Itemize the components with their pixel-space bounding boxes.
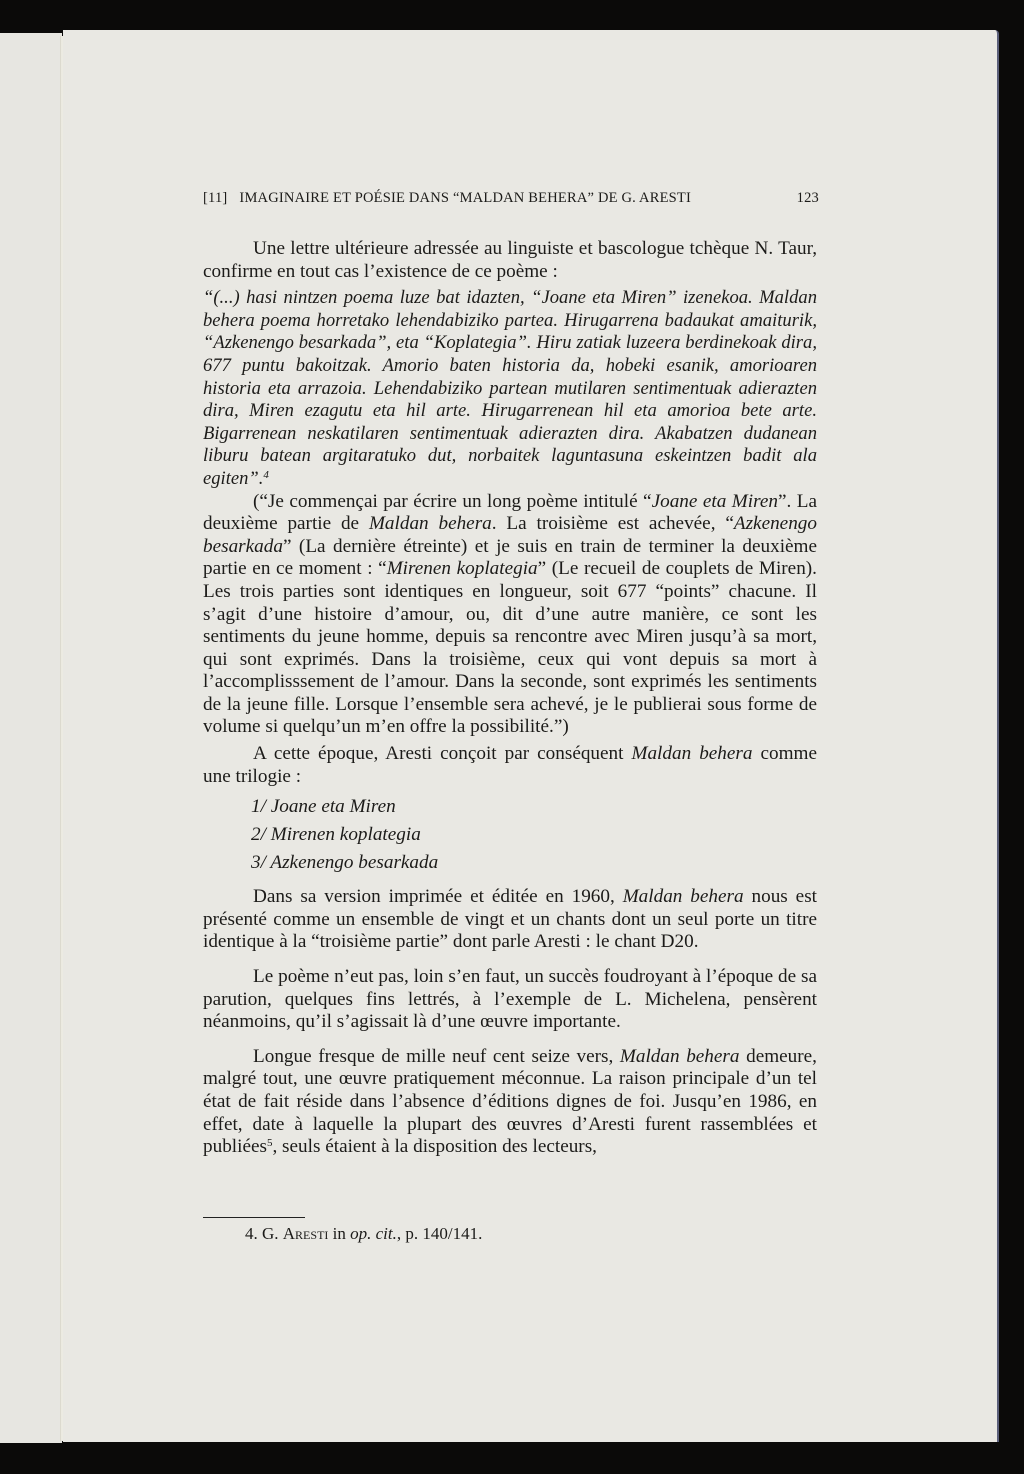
- spacer: [203, 1034, 817, 1046]
- spacer: [203, 954, 817, 966]
- text-run: ” (Le recueil de couplets de Miren). Les…: [203, 558, 817, 737]
- running-title: IMAGINAIRE ET POÉSIE DANS “MALDAN BEHERA…: [239, 190, 796, 207]
- paragraph-fresco: Longue fresque de mille neuf cent seize …: [203, 1046, 817, 1159]
- footnote-number: 4.: [245, 1224, 258, 1243]
- text-run: (“Je commençai par écrire un long poème …: [253, 491, 652, 512]
- footnote-source: op. cit.: [350, 1224, 397, 1243]
- paragraph-intro: Une lettre ultérieure adressée au lingui…: [203, 238, 817, 283]
- text-run: Dans sa version imprimée et éditée en 19…: [253, 886, 623, 907]
- text-run: Longue fresque de mille neuf cent seize …: [253, 1046, 620, 1067]
- trilogy-item: 1/ Joane eta Miren: [251, 796, 817, 824]
- paragraph-trilogy-intro: A cette époque, Aresti conçoit par consé…: [203, 743, 817, 788]
- text-run: . La troisième est achevée, “: [492, 513, 734, 534]
- paragraph-reception: Le poème n’eut pas, loin s’en faut, un s…: [203, 966, 817, 1034]
- trilogy-item: 2/ Mirenen koplategia: [251, 824, 817, 852]
- body-text: Une lettre ultérieure adressée au lingui…: [203, 238, 817, 1159]
- footnote-author: Aresti: [283, 1224, 329, 1243]
- trilogy-list: 1/ Joane eta Miren 2/ Mirenen koplategia…: [251, 796, 817, 880]
- page-number: 123: [797, 190, 819, 207]
- footnote-4: 4. G. Aresti in op. cit., p. 140/141.: [245, 1224, 482, 1244]
- italic-title: Maldan behera: [620, 1046, 740, 1067]
- footnote-pages: , p. 140/141.: [397, 1224, 482, 1243]
- text-run: A cette époque, Aresti conçoit par consé…: [253, 743, 631, 764]
- footnote-in: in: [333, 1224, 346, 1243]
- italic-title: Maldan behera: [631, 743, 752, 764]
- italic-title: Mirenen koplategia: [387, 558, 538, 579]
- footnote-divider: [203, 1217, 305, 1218]
- basque-quote: “(...) hasi nintzen poema luze bat idazt…: [203, 287, 817, 490]
- footnote-author-initial: G.: [262, 1224, 279, 1243]
- trilogy-item: 3/ Azkenengo besarkada: [251, 852, 817, 880]
- italic-title: Maldan behera: [623, 886, 744, 907]
- running-head: [11] IMAGINAIRE ET POÉSIE DANS “MALDAN B…: [203, 190, 819, 207]
- italic-title: Maldan behera: [369, 513, 492, 534]
- left-page-edge: [0, 33, 62, 1443]
- section-number: [11]: [203, 190, 227, 207]
- text-run: , seuls étaient à la disposition des lec…: [272, 1136, 597, 1157]
- italic-title: Joane eta Miren: [652, 491, 778, 512]
- footnote-ref-4: 4: [263, 469, 269, 481]
- paragraph-1960-edition: Dans sa version imprimée et éditée en 19…: [203, 886, 817, 954]
- basque-quote-text: “(...) hasi nintzen poema luze bat idazt…: [203, 287, 817, 489]
- paragraph-translation: (“Je commençai par écrire un long poème …: [203, 491, 817, 740]
